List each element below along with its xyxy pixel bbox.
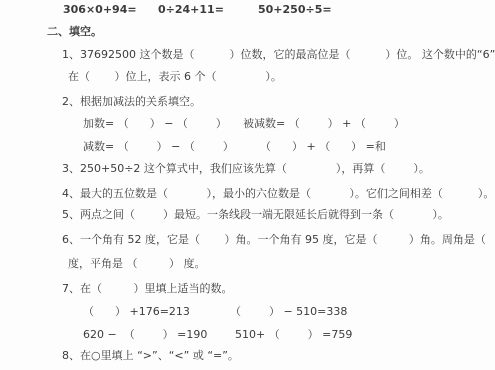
question-6-line-1: 6、一个角有 52 度，它是（ ）角。一个角有 95 度，它是（ ）角。周角是（…	[62, 233, 495, 247]
question-2-row1-right: 被减数= （ ） + （ ）	[243, 117, 405, 131]
question-7-title: 7、在（ ）里填上适当的数。	[62, 282, 232, 296]
worksheet-page: 306×0+94= 0÷24+11= 50+250÷5= 二、填空。 1、376…	[0, 0, 495, 370]
question-7-eq1-right: （ ） − 510=338	[230, 305, 347, 319]
question-3-text: 3、250+50÷2 这个算式中，我们应该先算（ ），再算（ ）。	[62, 162, 430, 176]
arithmetic-expression-2: 0÷24+11=	[158, 3, 224, 17]
arithmetic-expression-3: 50+250÷5=	[258, 3, 332, 17]
section-title: 二、填空。	[47, 25, 102, 39]
question-5-text: 5、两点之间（ ）最短。一条线段一端无限延长后就得到一条（ ）。	[62, 208, 449, 222]
question-6-line-2: 度，平角是 （ ） 度。	[68, 257, 205, 271]
question-8-text: 8、在○里填上 “>”、“<” 或 “=”。	[62, 349, 239, 363]
question-7-eq2-left: 620 − （ ） =190	[83, 328, 207, 342]
question-4-text: 4、最大的五位数是（ ），最小的六位数是（ ）。它们之间相差（ ）。	[62, 187, 494, 201]
question-2-row2-left: 减数= （ ） − （ ）	[83, 140, 234, 154]
question-1-line-2: 在（ ）位上，表示 6 个（ ）。	[68, 70, 282, 84]
question-7-eq2-right: 510+ （ ） =759	[235, 328, 352, 342]
arithmetic-expression-1: 306×0+94=	[63, 3, 137, 17]
question-7-eq1-left: （ ） +176=213	[83, 305, 190, 319]
question-1-line-1: 1、37692500 这个数是（ ）位数，它的最高位是（ ）位。 这个数中的“6…	[62, 48, 495, 62]
question-2-title: 2、根据加减法的关系填空。	[62, 95, 201, 109]
question-2-row1-left: 加数= （ ） − （ ）	[83, 117, 227, 131]
question-2-row2-right: （ ） + （ ） =和	[260, 140, 386, 154]
